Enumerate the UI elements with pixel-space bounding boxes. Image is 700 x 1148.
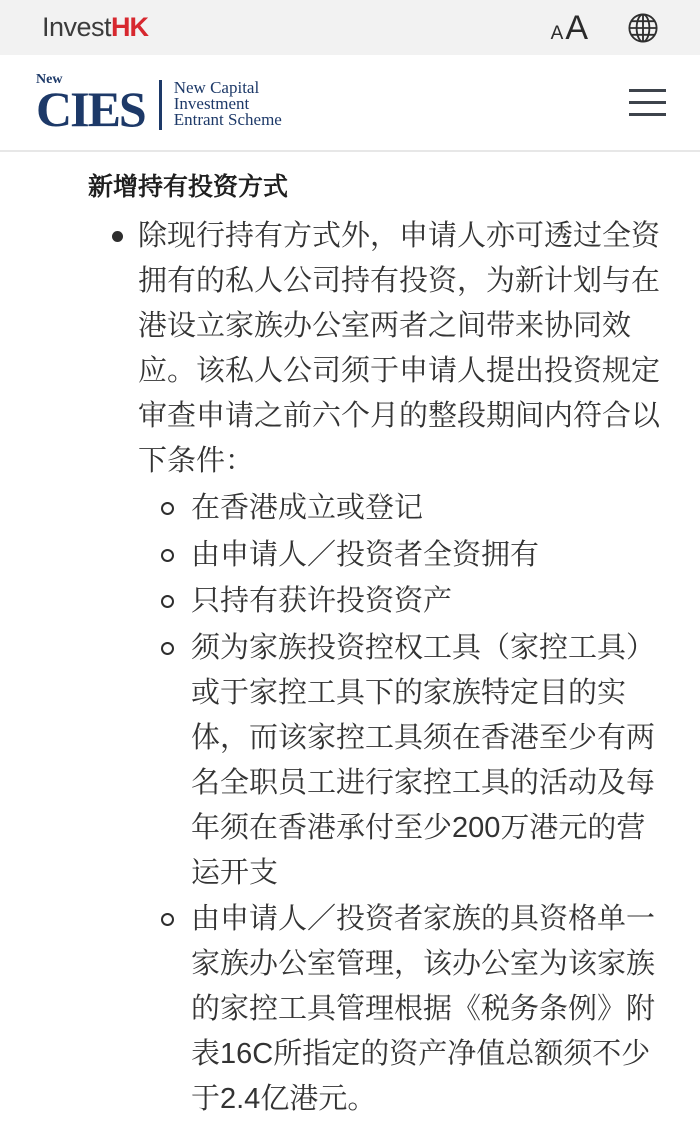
text-size-control[interactable]: A A — [551, 11, 588, 45]
investhk-logo-invest: Invest — [42, 12, 111, 43]
investhk-logo[interactable]: InvestHK — [42, 12, 148, 43]
bullet-circle-icon — [161, 642, 174, 655]
language-globe-button[interactable] — [626, 11, 660, 45]
logo-divider — [159, 80, 162, 130]
topbar: InvestHK A A — [0, 0, 700, 55]
cies-logo-cies: CIES — [36, 86, 145, 132]
sub-bullet-item: 由申请人／投资者家族的具资格单一家族办公室管理，该办公室为该家族的家控工具管理根… — [88, 897, 660, 1122]
page: InvestHK A A New CIES — [0, 0, 700, 1148]
bullet-circle-icon — [161, 549, 174, 562]
bullet-text: 由申请人／投资者家族的具资格单一家族办公室管理，该办公室为该家族的家控工具管理根… — [191, 897, 660, 1122]
bullet-text: 须为家族投资控权工具（家控工具）或于家控工具下的家族特定目的实体，而该家控工具须… — [191, 626, 660, 896]
cies-logo-mark: New CIES — [36, 73, 145, 132]
hamburger-menu-button[interactable] — [629, 87, 666, 118]
text-size-small-label: A — [551, 24, 564, 43]
cies-tagline: New CapitalInvestmentEntrant Scheme — [174, 80, 282, 128]
investhk-logo-hk: HK — [111, 12, 148, 43]
sub-bullet-item: 须为家族投资控权工具（家控工具）或于家控工具下的家族特定目的实体，而该家控工具须… — [88, 626, 660, 896]
bullet-text: 由申请人／投资者全资拥有 — [191, 533, 660, 578]
bullet-circle-icon — [161, 913, 174, 926]
topbar-controls: A A — [551, 11, 660, 45]
bullet-circle-icon — [161, 595, 174, 608]
hamburger-menu-icon — [629, 89, 666, 92]
sub-bullet-item: 由申请人／投资者全资拥有 — [88, 533, 660, 578]
bullet-circle-icon — [161, 502, 174, 515]
sub-bullet-item: 只持有获许投资资产 — [88, 579, 660, 624]
cies-logo[interactable]: New CIES New CapitalInvestmentEntrant Sc… — [36, 73, 282, 132]
bullet-item: 除现行持有方式外，申请人亦可透过全资拥有的私人公司持有投资，为新计划与在港设立家… — [88, 214, 660, 484]
text-size-large-label: A — [565, 11, 588, 45]
hamburger-menu-icon — [629, 113, 666, 116]
bullet-text: 除现行持有方式外，申请人亦可透过全资拥有的私人公司持有投资，为新计划与在港设立家… — [138, 214, 660, 484]
globe-icon — [626, 11, 660, 45]
section-heading: 新增持有投资方式 — [88, 172, 660, 202]
hamburger-menu-icon — [629, 101, 666, 104]
bullet-list: 除现行持有方式外，申请人亦可透过全资拥有的私人公司持有投资，为新计划与在港设立家… — [88, 214, 660, 1122]
sub-bullet-item: 在香港成立或登记 — [88, 486, 660, 531]
bullet-text: 在香港成立或登记 — [191, 486, 660, 531]
bullet-text: 只持有获许投资资产 — [191, 579, 660, 624]
bullet-dot-icon — [112, 231, 123, 242]
site-header: New CIES New CapitalInvestmentEntrant Sc… — [0, 55, 700, 152]
main-content: 新增持有投资方式 除现行持有方式外，申请人亦可透过全资拥有的私人公司持有投资，为… — [0, 152, 700, 1144]
